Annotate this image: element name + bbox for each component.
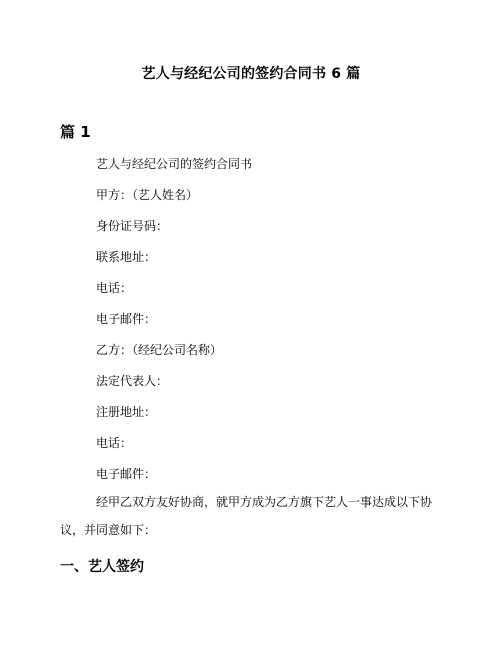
agreement-paragraph: 经甲乙双方友好协商，就甲方成为乙方旗下艺人一事达成以下协议，并同意如下： — [60, 488, 440, 544]
party-a-line: 甲方：（艺人姓名） — [96, 187, 198, 203]
document-page: 艺人与经纪公司的签约合同书 6 篇 篇 1 艺人与经纪公司的签约合同书 甲方：（… — [0, 0, 502, 649]
party-b-phone-line: 电话： — [96, 435, 132, 451]
article-heading: 一、艺人签约 — [60, 557, 144, 577]
party-b-legal-rep-line: 法定代表人： — [96, 373, 168, 389]
section-heading: 篇 1 — [60, 122, 91, 142]
contract-title-line: 艺人与经纪公司的签约合同书 — [96, 156, 252, 172]
party-a-phone-line: 电话： — [96, 280, 132, 296]
party-b-address-line: 注册地址： — [96, 404, 156, 420]
party-b-line: 乙方：（经纪公司名称） — [96, 342, 222, 358]
party-a-id-line: 身份证号码： — [96, 218, 168, 234]
party-a-email-line: 电子邮件： — [96, 311, 156, 327]
party-b-email-line: 电子邮件： — [96, 466, 156, 482]
document-title: 艺人与经纪公司的签约合同书 6 篇 — [0, 64, 502, 84]
party-a-address-line: 联系地址： — [96, 249, 156, 265]
